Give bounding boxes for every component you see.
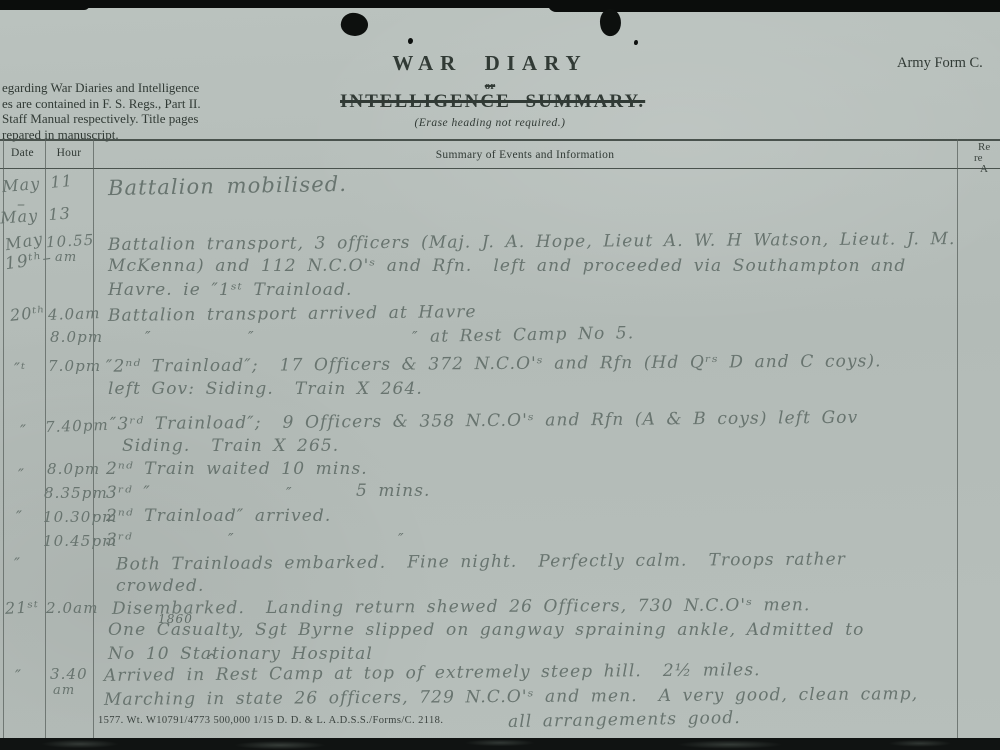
handwritten-summary: Siding. Train X 265. [122, 436, 339, 456]
handwritten-summary: at Rest Camp No 5. [430, 323, 635, 347]
handwritten-summary: No 10 Stationary Hospital [108, 644, 373, 664]
army-form-number: Army Form C. [897, 55, 983, 72]
handwritten-summary: Disembarked. Landing return shewed 26 Of… [112, 595, 811, 619]
handwritten-summary: Marching in state 26 officers, 729 N.C.O… [104, 684, 918, 710]
table-left-rule [3, 139, 4, 738]
handwritten-hour: 7.40pm [45, 416, 109, 436]
handwritten-date: ″ [20, 421, 27, 440]
remarks-header-fragment: A [980, 163, 988, 175]
ink-speck [408, 38, 413, 44]
handwritten-summary: 5 mins. [356, 481, 431, 501]
scan-edge-bottom [0, 738, 1000, 750]
form-instructions: egarding War Diaries and Intelligence es… [2, 80, 201, 142]
instruction-line: es are contained in F. S. Regs., Part II… [2, 96, 201, 112]
handwritten-summary: ″ [412, 328, 419, 346]
handwritten-hour: 7.0pm [48, 357, 101, 375]
handwritten-summary: Havre. ie ″1ˢᵗ Trainload. [108, 280, 353, 300]
handwritten-date: ″ᵗ [14, 359, 26, 378]
remarks-column-rule [957, 139, 958, 738]
handwritten-summary: 2ⁿᵈ Trainload″ arrived. [106, 506, 331, 526]
handwritten-date: ″ [16, 507, 23, 526]
table-header-rule [0, 168, 1000, 169]
handwritten-summary: left Gov: Siding. Train X 264. [108, 379, 423, 399]
handwritten-date: 20ᵗʰ [9, 302, 46, 325]
form-title: WAR DIARY [340, 51, 640, 76]
handwritten-summary: ″3ʳᵈ Trainload″; 9 Officers & 358 N.C.O'… [110, 408, 858, 435]
handwritten-date: May 11 [1, 171, 73, 196]
handwritten-summary: 3ʳᵈ ″ [106, 483, 151, 503]
ink-speck [634, 40, 638, 45]
date-column-rule [45, 139, 46, 738]
table-top-rule [0, 139, 1000, 141]
instruction-line: Staff Manual respectively. Title pages [2, 111, 201, 127]
handwritten-hour: 4.0am [48, 304, 101, 324]
instruction-line: egarding War Diaries and Intelligence [2, 80, 201, 96]
handwritten-hour: am [53, 683, 75, 698]
handwritten-summary: 3ʳᵈ [106, 530, 133, 550]
handwritten-date: ″ [18, 465, 25, 484]
hour-column-rule [93, 139, 94, 738]
handwritten-hour: 3.40 [50, 665, 88, 683]
ink-blot [598, 8, 623, 38]
handwritten-date: May 13 [0, 204, 72, 228]
handwritten-summary: ″ [145, 328, 152, 346]
handwritten-summary: Both Trainloads embarked. Fine night. Pe… [116, 549, 846, 574]
summary-column-header: Summary of Events and Information [93, 149, 957, 161]
handwritten-summary: crowded. [116, 576, 204, 596]
handwritten-date: 21ˢᵗ [5, 597, 40, 618]
handwritten-summary: all arrangements good. [508, 708, 741, 732]
handwritten-date: ″ [15, 666, 22, 685]
handwritten-summary: Battalion transport arrived at Havre [108, 302, 477, 326]
handwritten-summary: Battalion mobilised. [108, 172, 347, 200]
handwritten-summary: ″2ⁿᵈ Trainload″; 17 Officers & 372 N.C.O… [106, 351, 882, 376]
printer-imprint: 1577. Wt. W10791/4773 500,000 1/15 D. D.… [98, 715, 443, 726]
date-column-header: Date [0, 147, 45, 159]
handwritten-summary: ″ [398, 530, 405, 548]
handwritten-date: ″ [14, 554, 21, 573]
handwritten-summary: McKenna) and 112 N.C.O'ˢ and Rfn. left a… [108, 256, 906, 276]
handwritten-summary: ″ [228, 530, 235, 548]
form-erase-note: (Erase heading not required.) [340, 117, 640, 129]
handwritten-summary: ″ [286, 484, 293, 502]
handwritten-hour: 8.0pm [50, 328, 103, 346]
form-title-struck: INTELLIGENCE SUMMARY. [340, 91, 640, 113]
handwritten-hour: am [55, 250, 77, 265]
scan-edge-top-left [0, 0, 90, 10]
handwritten-hour: 10.55 [46, 231, 95, 252]
war-diary-scanned-page: egarding War Diaries and Intelligence es… [0, 0, 1000, 750]
ink-blot [338, 10, 370, 39]
handwritten-summary: One Casualty, Sgt Byrne slipped on gangw… [108, 620, 864, 640]
handwritten-hour: 8.35pm [44, 484, 108, 502]
handwritten-hour: 8.0pm [47, 460, 100, 478]
handwritten-summary: Battalion transport, 3 officers (Maj. J.… [108, 229, 956, 255]
handwritten-summary: 2ⁿᵈ Train waited 10 mins. [106, 459, 368, 479]
handwritten-summary: ″ [248, 328, 255, 346]
hour-column-header: Hour [45, 147, 93, 159]
handwritten-hour: 2.0am [46, 599, 99, 617]
